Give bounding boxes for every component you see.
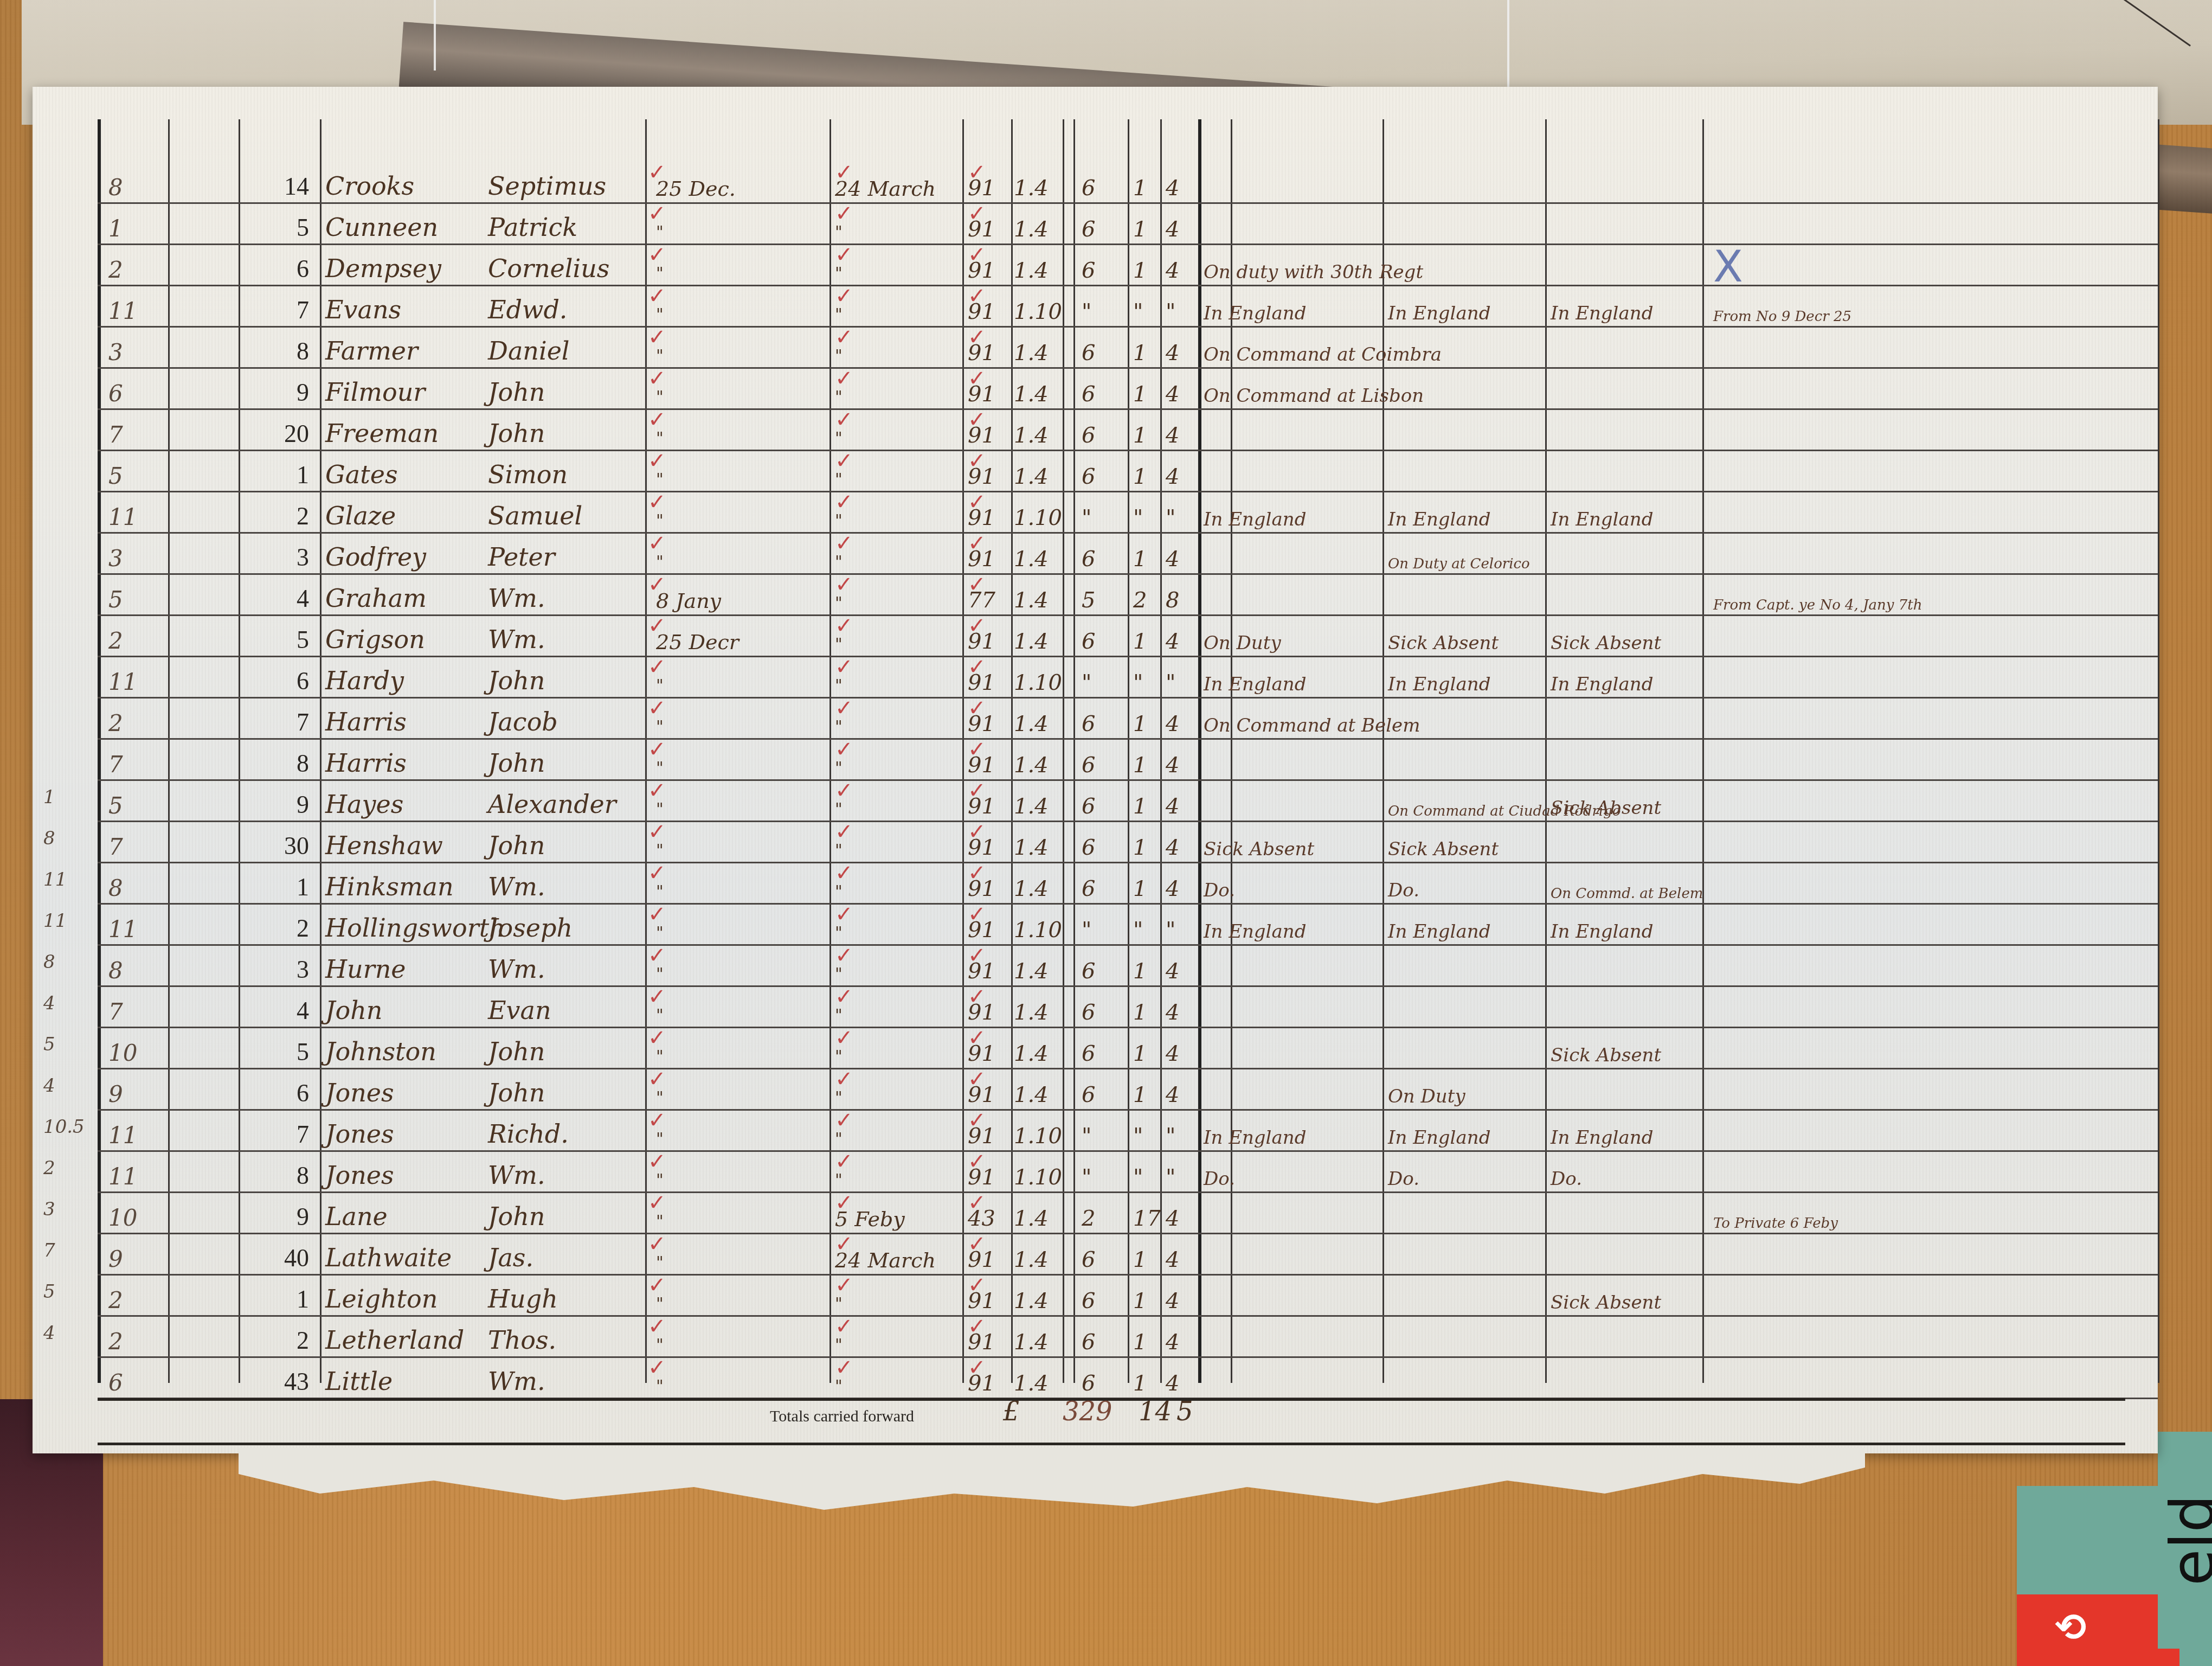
cell-r3: In England: [1551, 921, 1653, 943]
cell-l: 6: [1082, 753, 1095, 778]
cell-s: 1: [1133, 712, 1147, 736]
cell-no: 2: [249, 914, 309, 943]
cell-forename: Septimus: [488, 171, 606, 201]
totals-rule: [98, 1443, 2125, 1445]
cell-d: 4: [1166, 1206, 1179, 1231]
cell-no: 30: [249, 831, 309, 860]
cell-forename: Evan: [488, 996, 551, 1025]
cell-surname: Hinksman: [325, 872, 454, 901]
totals-currency: £: [1003, 1396, 1020, 1427]
cell-d: 4: [1166, 876, 1179, 901]
cell-margin: 10: [108, 1040, 152, 1066]
cell-surname: Hurne: [325, 954, 406, 984]
cell-l: 6: [1082, 1082, 1095, 1107]
cell-no: 8: [249, 749, 309, 778]
cell-rate: 1.4: [1014, 835, 1049, 860]
table-row: 814CrooksSeptimus25 Dec.24 March911.4614…: [33, 163, 2158, 204]
table-row: 720FreemanJohn""911.4614✓✓✓: [33, 410, 2158, 451]
outer-margin-number: 4: [43, 1075, 55, 1097]
cell-no: 5: [249, 1037, 309, 1066]
check-mark-icon: ✓: [968, 1272, 986, 1298]
cover-rule: [2092, 0, 2191, 47]
cell-rate: 1.4: [1014, 753, 1049, 778]
cell-d: ": [1166, 1165, 1175, 1190]
cell-d: ": [1166, 918, 1175, 943]
cell-no: 4: [249, 584, 309, 613]
cell-surname: John: [325, 996, 382, 1025]
cell-r1: In England: [1204, 921, 1306, 943]
check-mark-icon: ✓: [835, 860, 853, 886]
cell-s: 1: [1133, 1082, 1147, 1107]
cell-margin: 7: [108, 834, 152, 860]
check-mark-icon: ✓: [968, 283, 986, 309]
cell-l: 6: [1082, 835, 1095, 860]
cell-forename: John: [488, 666, 545, 695]
cell-rate: 1.4: [1014, 1000, 1049, 1025]
cell-surname: Henshaw: [325, 831, 443, 860]
cell-rate: 1.4: [1014, 1330, 1049, 1355]
cell-s: 1: [1133, 876, 1147, 901]
cell-margin: 2: [108, 710, 152, 736]
check-mark-icon: ✓: [835, 943, 853, 968]
cell-no: 6: [249, 667, 309, 695]
cell-surname: Grigson: [325, 625, 425, 654]
cell-r2: Sick Absent: [1388, 632, 1499, 654]
check-mark-icon: ✓: [968, 242, 986, 267]
cell-margin: 9: [108, 1081, 152, 1107]
cell-r3: In England: [1551, 674, 1653, 695]
cell-forename: Daniel: [488, 336, 570, 366]
cell-margin: 2: [108, 257, 152, 283]
check-mark-icon: ✓: [835, 1066, 853, 1092]
check-mark-icon: ✓: [648, 819, 666, 844]
check-mark-icon: ✓: [835, 324, 853, 350]
cell-no: 7: [249, 708, 309, 736]
cell-s: 1: [1133, 753, 1147, 778]
cell-no: 20: [249, 419, 309, 448]
check-mark-icon: ✓: [835, 1272, 853, 1298]
table-row: 81HinksmanWm.""911.4614Do.Do.On Commd. a…: [33, 863, 2158, 905]
cell-s: ": [1133, 1165, 1143, 1190]
cell-forename: John: [488, 1078, 545, 1107]
check-mark-icon: ✓: [968, 1149, 986, 1174]
cell-margin: 6: [108, 1369, 152, 1396]
check-mark-icon: ✓: [835, 572, 853, 597]
cell-d: 4: [1166, 1330, 1179, 1355]
check-mark-icon: ✓: [968, 1231, 986, 1257]
check-mark-icon: ✓: [968, 819, 986, 844]
cell-r2: Do.: [1388, 1168, 1419, 1190]
cell-l: 6: [1082, 876, 1095, 901]
table-row: 78HarrisJohn""911.4614✓✓✓: [33, 740, 2158, 781]
table-row: 22LetherlandThos.""911.4614✓✓✓: [33, 1317, 2158, 1358]
check-mark-icon: ✓: [968, 530, 986, 556]
cell-s: ": [1133, 670, 1143, 695]
cell-forename: Patrick: [488, 213, 577, 242]
cell-l: ": [1082, 505, 1091, 530]
cell-remarks: To Private 6 Feby: [1713, 1216, 1838, 1231]
cell-r2: Do.: [1388, 880, 1419, 901]
ledger-page: 814CrooksSeptimus25 Dec.24 March911.4614…: [33, 87, 2158, 1453]
cell-no: 40: [249, 1244, 309, 1272]
check-mark-icon: ✓: [835, 448, 853, 473]
cell-l: 6: [1082, 382, 1095, 407]
outer-margin-number: 4: [43, 1322, 55, 1344]
cell-d: ": [1166, 1124, 1175, 1149]
cell-rate: 1.10: [1014, 1124, 1062, 1149]
cell-d: 4: [1166, 547, 1179, 572]
cell-surname: Crooks: [325, 171, 414, 201]
cell-s: 1: [1133, 341, 1147, 366]
check-mark-icon: ✓: [648, 572, 666, 597]
cell-rate: 1.4: [1014, 547, 1049, 572]
cell-l: 6: [1082, 794, 1095, 819]
cell-l: 6: [1082, 464, 1095, 489]
cell-no: 7: [249, 1120, 309, 1149]
cell-margin: 5: [108, 792, 152, 819]
cell-l: ": [1082, 1165, 1091, 1190]
cell-d: ": [1166, 505, 1175, 530]
table-row: 109LaneJohn"5 Feby431.42174To Private 6 …: [33, 1193, 2158, 1234]
check-mark-icon: ✓: [835, 1107, 853, 1133]
cell-r1: On Command at Belem: [1204, 715, 1420, 736]
cell-forename: Samuel: [488, 501, 582, 530]
cell-s: 1: [1133, 464, 1147, 489]
check-mark-icon: ✓: [968, 572, 986, 597]
cell-surname: Farmer: [325, 336, 418, 366]
outer-margin-number: 10.5: [43, 1116, 85, 1138]
cell-rate: 1.4: [1014, 588, 1049, 613]
table-row: 27HarrisJacob""911.4614On Command at Bel…: [33, 699, 2158, 740]
cell-no: 9: [249, 1202, 309, 1231]
cell-s: 2: [1133, 588, 1147, 613]
cell-s: 1: [1133, 835, 1147, 860]
cell-s: 1: [1133, 959, 1147, 984]
cell-margin: 8: [108, 957, 152, 984]
table-row: 105JohnstonJohn""911.4614Sick Absent✓✓✓: [33, 1028, 2158, 1069]
cell-no: 43: [249, 1367, 309, 1396]
check-mark-icon: ✓: [835, 613, 853, 638]
cell-no: 9: [249, 790, 309, 819]
cell-d: 4: [1166, 959, 1179, 984]
cell-s: 1: [1133, 794, 1147, 819]
cell-r2: In England: [1388, 303, 1490, 324]
cell-rate: 1.4: [1014, 959, 1049, 984]
cell-rate: 1.4: [1014, 1206, 1049, 1231]
cell-rate: 1.4: [1014, 176, 1049, 201]
table-row: 730HenshawJohn""911.4614Sick AbsentSick …: [33, 822, 2158, 863]
check-mark-icon: ✓: [835, 242, 853, 267]
table-row: 117JonesRichd.""911.10"""In EnglandIn En…: [33, 1111, 2158, 1152]
check-mark-icon: ✓: [835, 1313, 853, 1339]
binding-thread: [434, 0, 436, 71]
outer-margin-number: 2: [43, 1157, 55, 1179]
cell-surname: Filmour: [325, 377, 425, 407]
cell-l: 6: [1082, 629, 1095, 654]
cell-from: 25 Decr: [656, 630, 739, 654]
check-mark-icon: ✓: [968, 695, 986, 721]
cell-surname: Harris: [325, 748, 407, 778]
cell-r1: In England: [1204, 303, 1306, 324]
cell-surname: Glaze: [325, 501, 396, 530]
cell-surname: Leighton: [325, 1284, 438, 1313]
cell-no: 14: [249, 172, 309, 201]
check-mark-icon: ✓: [968, 736, 986, 762]
cell-forename: Alexander: [488, 790, 616, 819]
check-mark-icon: ✓: [835, 283, 853, 309]
cell-forename: Wm.: [488, 872, 545, 901]
cell-d: ": [1166, 670, 1175, 695]
cell-surname: Johnston: [325, 1037, 436, 1066]
cell-d: 4: [1166, 1371, 1179, 1396]
cell-s: 1: [1133, 1000, 1147, 1025]
check-mark-icon: ✓: [835, 984, 853, 1009]
cell-forename: Wm.: [488, 584, 545, 613]
cell-surname: Lathwaite: [325, 1243, 452, 1272]
check-mark-icon: ✓: [968, 613, 986, 638]
check-mark-icon: ✓: [968, 1066, 986, 1092]
cell-rate: 1.4: [1014, 464, 1049, 489]
cell-margin: 5: [108, 463, 152, 489]
check-mark-icon: ✓: [968, 860, 986, 886]
cell-d: 4: [1166, 464, 1179, 489]
check-mark-icon: ✓: [968, 1355, 986, 1380]
cell-s: 1: [1133, 1247, 1147, 1272]
cell-surname: Graham: [325, 584, 427, 613]
cell-rate: 1.4: [1014, 1247, 1049, 1272]
cell-r1: Do.: [1204, 1168, 1235, 1190]
cell-r2: In England: [1388, 1127, 1490, 1149]
cell-d: 4: [1166, 1041, 1179, 1066]
cell-l: 6: [1082, 176, 1095, 201]
cell-d: 4: [1166, 629, 1179, 654]
cell-margin: 8: [108, 875, 152, 901]
table-row: 96JonesJohn""911.4614On Duty✓✓✓: [33, 1069, 2158, 1111]
check-mark-icon: ✓: [648, 736, 666, 762]
cell-r2: In England: [1388, 674, 1490, 695]
cell-d: 4: [1166, 1000, 1179, 1025]
cell-forename: Cornelius: [488, 254, 609, 283]
check-mark-icon: ✓: [648, 654, 666, 680]
cell-margin: 2: [108, 627, 152, 654]
check-mark-icon: ✓: [968, 324, 986, 350]
check-mark-icon: ✓: [968, 201, 986, 226]
cell-d: 8: [1166, 588, 1179, 613]
cell-surname: Godfrey: [325, 542, 426, 572]
cell-surname: Jones: [325, 1161, 394, 1190]
check-mark-icon: ✓: [968, 1025, 986, 1050]
cell-margin: 7: [108, 421, 152, 448]
cell-r2: In England: [1388, 509, 1490, 530]
cell-d: 4: [1166, 794, 1179, 819]
totals-pounds: 329: [1063, 1396, 1113, 1427]
table-row: 25GrigsonWm.25 Decr"911.4614On DutySick …: [33, 616, 2158, 657]
table-row: 54GrahamWm.8 Jany"771.4528From Capt. ye …: [33, 575, 2158, 616]
cell-d: 4: [1166, 1082, 1179, 1107]
cell-d: 4: [1166, 753, 1179, 778]
check-mark-icon: ✓: [648, 324, 666, 350]
cell-l: 6: [1082, 712, 1095, 736]
cell-s: 1: [1133, 258, 1147, 283]
cell-rate: 1.4: [1014, 258, 1049, 283]
cell-no: 4: [249, 996, 309, 1025]
cell-no: 6: [249, 1079, 309, 1107]
cell-surname: Little: [325, 1367, 393, 1396]
cell-surname: Dempsey: [325, 254, 441, 283]
cell-margin: 11: [108, 298, 152, 324]
cell-forename: Wm.: [488, 1161, 545, 1190]
cell-l: 2: [1082, 1206, 1095, 1231]
cell-margin: 11: [108, 916, 152, 943]
table-row: 69FilmourJohn""911.4614On Command at Lis…: [33, 369, 2158, 410]
cell-forename: Thos.: [488, 1325, 556, 1355]
check-mark-icon: ✓: [968, 407, 986, 432]
table-row: 83HurneWm.""911.4614✓✓✓: [33, 946, 2158, 987]
cell-l: 6: [1082, 217, 1095, 242]
cell-r3: On Commd. at Belem: [1551, 886, 1703, 901]
cell-r1: On Command at Lisbon: [1204, 385, 1424, 407]
cell-no: 7: [249, 296, 309, 324]
totals-label: Totals carried forward: [770, 1407, 914, 1426]
cell-r3: In England: [1551, 1127, 1653, 1149]
table-row: 74JohnEvan""911.4614✓✓✓: [33, 987, 2158, 1028]
cell-d: 4: [1166, 382, 1179, 407]
cell-forename: Hugh: [488, 1284, 558, 1313]
check-mark-icon: ✓: [968, 1190, 986, 1215]
table-row: 15CunneenPatrick""911.4614✓✓✓: [33, 204, 2158, 245]
check-mark-icon: ✓: [835, 736, 853, 762]
check-mark-icon: ✓: [968, 984, 986, 1009]
outer-margin-number: 11: [43, 869, 67, 890]
cell-s: 1: [1133, 1330, 1147, 1355]
cell-s: ": [1133, 505, 1143, 530]
check-mark-icon: ✓: [968, 654, 986, 680]
check-mark-icon: ✓: [648, 448, 666, 473]
cell-d: 4: [1166, 341, 1179, 366]
check-mark-icon: ✓: [648, 984, 666, 1009]
cell-margin: 7: [108, 751, 152, 778]
check-mark-icon: ✓: [968, 1313, 986, 1339]
cell-l: 6: [1082, 1247, 1095, 1272]
cell-surname: Cunneen: [325, 213, 438, 242]
table-row: 112HollingsworthJoseph""911.10"""In Engl…: [33, 905, 2158, 946]
check-mark-icon: ✓: [835, 1355, 853, 1380]
cell-no: 9: [249, 378, 309, 407]
cell-d: 4: [1166, 1289, 1179, 1313]
cell-surname: Hardy: [325, 666, 404, 695]
table-row: 59HayesAlexander""911.4614On Command at …: [33, 781, 2158, 822]
cell-s: 1: [1133, 176, 1147, 201]
check-mark-icon: ✓: [968, 366, 986, 391]
cell-l: ": [1082, 1124, 1091, 1149]
cell-remarks: From Capt. ye No 4, Jany 7th: [1713, 598, 1922, 613]
outer-margin-number: 7: [43, 1240, 55, 1261]
check-mark-icon: ✓: [968, 448, 986, 473]
cell-surname: Gates: [325, 460, 398, 489]
cell-l: 6: [1082, 258, 1095, 283]
cell-no: 6: [249, 254, 309, 283]
check-mark-icon: ✓: [648, 1272, 666, 1298]
cell-d: 4: [1166, 217, 1179, 242]
cell-surname: Letherland: [325, 1325, 464, 1355]
cell-r3: Sick Absent: [1551, 632, 1661, 654]
cell-r1: In England: [1204, 1127, 1306, 1149]
cell-surname: Jones: [325, 1078, 394, 1107]
cell-rate: 1.4: [1014, 1289, 1049, 1313]
table-row: 116HardyJohn""911.10"""In EnglandIn Engl…: [33, 657, 2158, 699]
x-mark-icon: X: [1713, 241, 1743, 292]
cell-margin: 8: [108, 174, 152, 201]
check-mark-icon: ✓: [968, 1107, 986, 1133]
cell-rate: 1.10: [1014, 670, 1062, 695]
check-mark-icon: ✓: [835, 489, 853, 515]
cell-rate: 1.4: [1014, 712, 1049, 736]
cell-margin: 7: [108, 998, 152, 1025]
cell-l: 6: [1082, 1371, 1095, 1396]
check-mark-icon: ✓: [648, 778, 666, 803]
cell-surname: Hollingsworth: [325, 913, 505, 943]
cell-r2: On Duty: [1388, 1086, 1465, 1107]
cell-d: 4: [1166, 176, 1179, 201]
check-mark-icon: ✓: [835, 778, 853, 803]
cell-r1: In England: [1204, 674, 1306, 695]
table-row: 940LathwaiteJas."24 March911.4614✓✓✓: [33, 1234, 2158, 1276]
cell-margin: 1: [108, 215, 152, 242]
check-mark-icon: ✓: [648, 407, 666, 432]
cell-margin: 5: [108, 586, 152, 613]
outer-margin-number: 3: [43, 1199, 55, 1220]
check-mark-icon: ✓: [835, 819, 853, 844]
cell-no: 1: [249, 873, 309, 901]
book-logo-icon: ⟲: [2055, 1605, 2087, 1650]
outer-margin-number: 1: [43, 786, 55, 808]
cell-d: 4: [1166, 835, 1179, 860]
cell-forename: Joseph: [488, 913, 573, 943]
cell-s: ": [1133, 918, 1143, 943]
cell-l: 6: [1082, 423, 1095, 448]
cell-s: 1: [1133, 382, 1147, 407]
cell-rate: 1.4: [1014, 1371, 1049, 1396]
cell-d: 4: [1166, 712, 1179, 736]
cell-r1: On duty with 30th Regt: [1204, 261, 1423, 283]
cell-d: 4: [1166, 1247, 1179, 1272]
cell-margin: 11: [108, 1122, 152, 1149]
check-mark-icon: ✓: [648, 1025, 666, 1050]
cell-no: 2: [249, 502, 309, 530]
cell-surname: Freeman: [325, 419, 439, 448]
check-mark-icon: ✓: [648, 489, 666, 515]
cell-r3: In England: [1551, 303, 1653, 324]
cell-forename: John: [488, 377, 545, 407]
cell-r3: Do.: [1551, 1168, 1582, 1190]
cell-r1: On Command at Coimbra: [1204, 344, 1442, 366]
cell-forename: Wm.: [488, 625, 545, 654]
cell-r2: On Duty at Celorico: [1388, 556, 1530, 572]
cell-r3: Sick Absent: [1551, 797, 1661, 819]
cell-rate: 1.10: [1014, 1165, 1062, 1190]
check-mark-icon: ✓: [835, 366, 853, 391]
cell-s: 1: [1133, 423, 1147, 448]
cell-s: 1: [1133, 547, 1147, 572]
check-mark-icon: ✓: [648, 860, 666, 886]
cell-no: 5: [249, 625, 309, 654]
cell-no: 3: [249, 543, 309, 572]
cell-margin: 2: [108, 1287, 152, 1313]
cell-r2: In England: [1388, 921, 1490, 943]
cell-s: ": [1133, 299, 1143, 324]
check-mark-icon: ✓: [648, 201, 666, 226]
table-row: 643LittleWm.""911.4614✓✓✓: [33, 1358, 2158, 1399]
